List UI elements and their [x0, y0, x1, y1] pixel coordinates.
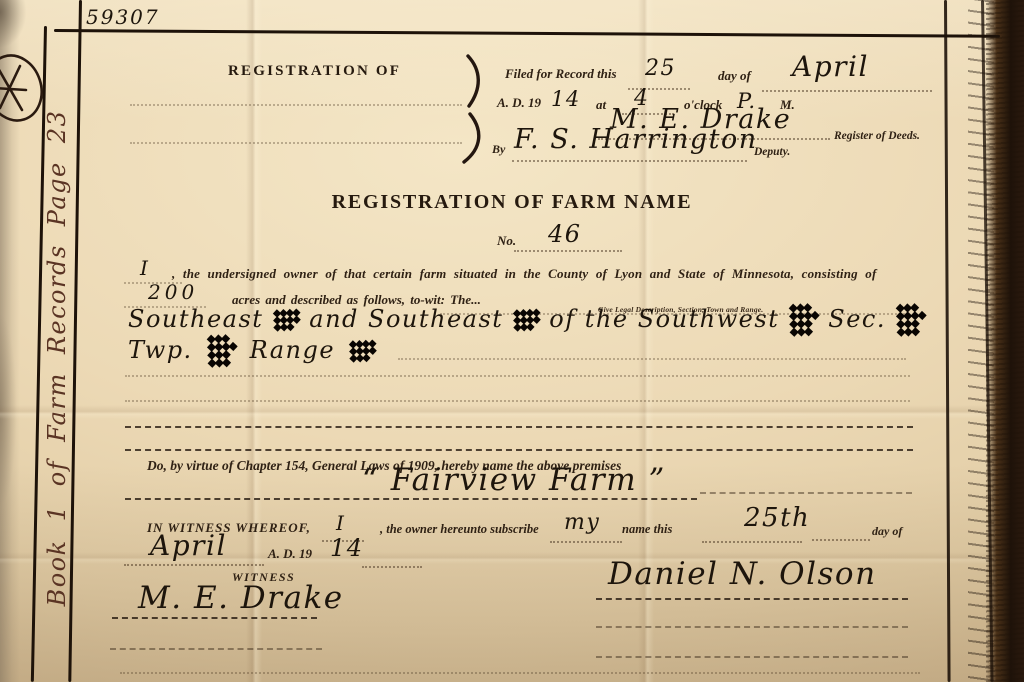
blank-line: [514, 250, 622, 252]
signature-line: [596, 656, 908, 658]
at-label: at: [596, 97, 606, 113]
filing-day-value: 25: [645, 56, 676, 81]
witness-clause-text-1: , the owner hereunto subscribe: [380, 522, 539, 537]
description-word: Southeast: [128, 305, 263, 333]
redaction-mark: ◆◆◆◆ ◆◆◆◆ ◆◆◆: [349, 339, 376, 361]
witness-day-of-label: day of: [872, 524, 902, 539]
margin-note: Book 1 of Farm Records Page 23: [43, 110, 71, 607]
filing-month-value: April: [792, 50, 869, 83]
witness-ad-label: A. D. 19: [268, 546, 312, 562]
by-label: By: [492, 142, 505, 157]
signature-line: [596, 598, 908, 600]
description-word: of the Southwest: [549, 305, 779, 333]
body-line1: , the undersigned owner of that certain …: [172, 266, 877, 282]
acres-value: 200: [148, 280, 198, 304]
filed-for-record-label: Filed for Record this: [505, 66, 617, 82]
page-title: REGISTRATION OF FARM NAME: [332, 191, 693, 214]
my-value: my: [564, 510, 600, 535]
paper-crease: [0, 405, 1024, 419]
deputy-signature: F. S. Harrington: [514, 124, 758, 155]
blank-line: [762, 90, 932, 92]
blank-line: [125, 449, 913, 451]
blank-line: [125, 375, 910, 377]
owner-signature: Daniel N. Olson: [608, 556, 877, 592]
witness-month-value: April: [150, 529, 227, 562]
witness-owner-initial: I: [336, 511, 345, 535]
farm-name: “ Fairview Farm ”: [362, 462, 666, 498]
witness-day-value: 25th: [744, 503, 810, 533]
day-of-label: day of: [718, 68, 751, 84]
signature-line: [596, 626, 908, 628]
blank-line: [125, 498, 697, 500]
redaction-mark: ◆◆◆◆ ◆◆◆◆ ◆◆◆: [273, 308, 300, 330]
deputy-label: Deputy.: [754, 146, 790, 158]
signature-line: [110, 648, 322, 650]
blank-line: [120, 672, 920, 674]
brace-icon: [458, 54, 488, 166]
document-photo: 59307 Book 1 of Farm Records Page 23 REG…: [0, 0, 1024, 682]
description-word: Sec.: [828, 305, 886, 333]
redaction-mark: ◆◆◆ ◆◆◆◆ ◆◆◆ ◆◆◆: [789, 303, 819, 336]
blank-line: [398, 358, 906, 360]
no-label: No.: [497, 233, 516, 249]
blank-line: [512, 160, 747, 162]
witness-year-value: 14: [330, 534, 364, 562]
blank-line: [125, 426, 913, 428]
blank-line: [125, 400, 910, 402]
blank-line: [362, 566, 422, 568]
redaction-mark: ◆◆◆◆ ◆◆◆◆ ◆◆◆: [513, 308, 540, 330]
redaction-mark: ◆◆◆ ◆◆◆◆ ◆◆◆ ◆◆◆: [206, 334, 236, 367]
blank-line: [130, 142, 462, 144]
description-word: Range: [250, 336, 335, 364]
blank-line: [124, 564, 264, 566]
ad-label: A. D. 19: [497, 95, 541, 111]
registration-of-label: REGISTRATION OF: [228, 63, 401, 80]
description-word: Twp.: [128, 336, 193, 364]
description-word: and Southeast: [309, 305, 503, 333]
blank-line: [812, 539, 870, 541]
signature-line: [112, 617, 317, 619]
filing-year-value: 14: [551, 87, 581, 111]
register-of-deeds-label: Register of Deeds.: [834, 130, 920, 142]
top-border-line: [54, 29, 1000, 38]
blank-line: [130, 104, 462, 106]
right-border-line: [944, 0, 950, 682]
file-number: 59307: [86, 5, 160, 29]
redaction-mark: ◆◆◆ ◆◆◆◆ ◆◆◆ ◆◆◆: [895, 303, 925, 336]
witness-signature: M. E. Drake: [138, 580, 344, 616]
description-line-2: Twp. ◆◆◆ ◆◆◆◆ ◆◆◆ ◆◆◆ Range ◆◆◆◆ ◆◆◆◆ ◆◆…: [128, 334, 375, 366]
description-line-1: Southeast ◆◆◆◆ ◆◆◆◆ ◆◆◆ and Southeast ◆◆…: [128, 303, 925, 335]
no-value: 46: [548, 220, 582, 248]
blank-line: [550, 541, 622, 543]
owner-initial: I: [140, 256, 149, 280]
blank-line: [702, 541, 802, 543]
blank-line: [700, 492, 912, 494]
witness-clause-text-2: name this: [622, 522, 672, 537]
